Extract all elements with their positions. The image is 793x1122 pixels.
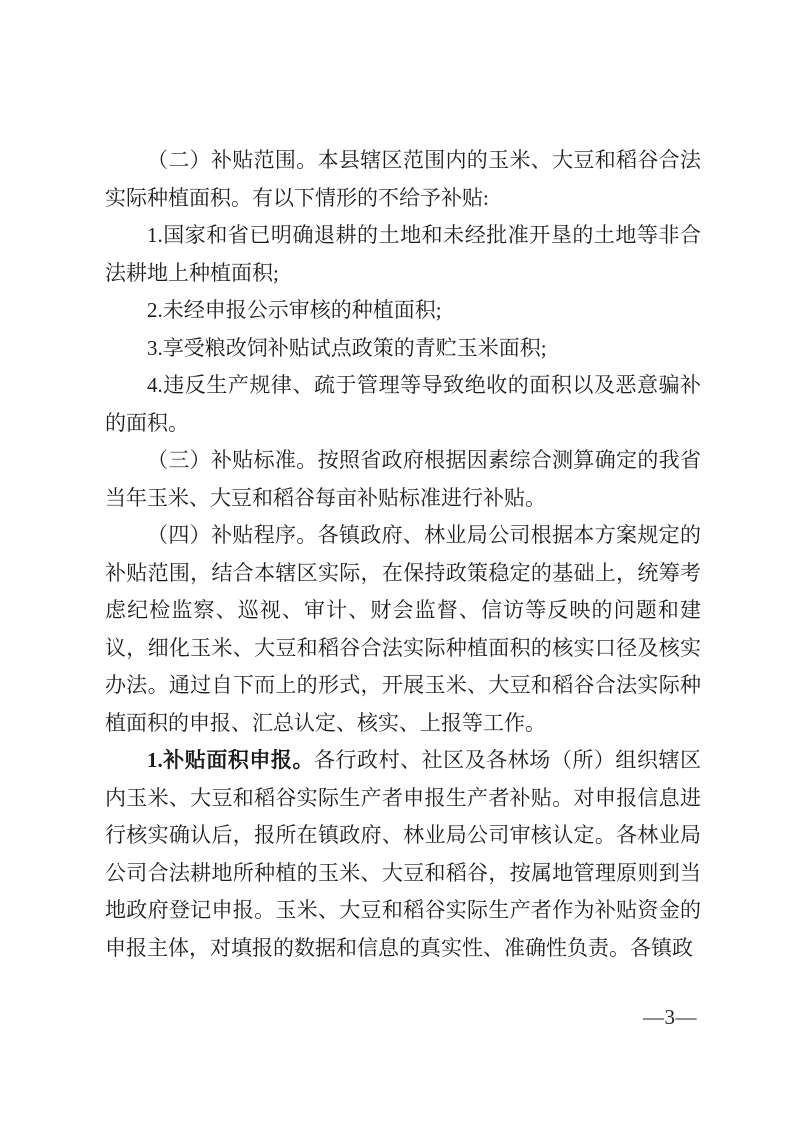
paragraph-subsidy-procedure: （四）补贴程序。各镇政府、林业局公司根据本方案规定的补贴范围，结合本辖区实际，在… [105, 517, 701, 742]
paragraph-lead: （三）补贴标准。 [147, 448, 318, 472]
document-body: （二）补贴范围。本县辖区范围内的玉米、大豆和稻谷合法实际种植面积。有以下情形的不… [105, 142, 701, 967]
paragraph-subsidy-standard: （三）补贴标准。按照省政府根据因素综合测算确定的我省当年玉米、大豆和稻谷每亩补贴… [105, 442, 701, 517]
paragraph-text: 3.享受粮改饲补贴试点政策的青贮玉米面积; [147, 336, 547, 360]
paragraph-text: 各行政村、社区及各林场（所）组织辖区内玉米、大豆和稻谷实际生产者申报生产者补贴。… [105, 748, 701, 960]
paragraph-subsidy-scope: （二）补贴范围。本县辖区范围内的玉米、大豆和稻谷合法实际种植面积。有以下情形的不… [105, 142, 701, 217]
paragraph-exclusion-item-1: 1.国家和省已明确退耕的土地和未经批准开垦的土地等非合法耕地上种植面积; [105, 217, 701, 292]
document-page: （二）补贴范围。本县辖区范围内的玉米、大豆和稻谷合法实际种植面积。有以下情形的不… [0, 0, 793, 1122]
paragraph-lead: （二）补贴范围。 [147, 148, 318, 172]
paragraph-text: 4.违反生产规律、疏于管理等导致绝收的面积以及恶意骗补的面积。 [105, 373, 701, 435]
paragraph-exclusion-item-3: 3.享受粮改饲补贴试点政策的青贮玉米面积; [105, 330, 701, 368]
paragraph-exclusion-item-4: 4.违反生产规律、疏于管理等导致绝收的面积以及恶意骗补的面积。 [105, 367, 701, 442]
paragraph-area-declaration: 1.补贴面积申报。各行政村、社区及各林场（所）组织辖区内玉米、大豆和稻谷实际生产… [105, 742, 701, 967]
paragraph-text: 各镇政府、林业局公司根据本方案规定的补贴范围，结合本辖区实际，在保持政策稳定的基… [105, 523, 701, 735]
paragraph-text: 1.国家和省已明确退耕的土地和未经批准开垦的土地等非合法耕地上种植面积; [105, 223, 701, 285]
paragraph-text: 2.未经申报公示审核的种植面积; [147, 298, 442, 322]
paragraph-exclusion-item-2: 2.未经申报公示审核的种植面积; [105, 292, 701, 330]
page-number: —3— [643, 1005, 697, 1029]
paragraph-lead: 1.补贴面积申报。 [147, 748, 314, 772]
paragraph-lead: （四）补贴程序。 [147, 523, 318, 547]
